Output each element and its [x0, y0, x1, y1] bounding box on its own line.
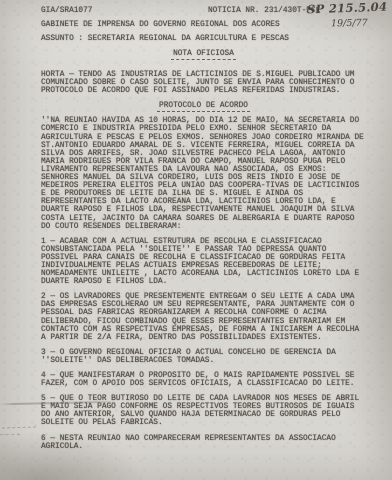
notice-number: NOTICIA NR. 231/430T-PCL	[208, 7, 320, 15]
handwritten-date: 19/5/77	[331, 18, 368, 30]
doc-reference-code: GIA/SRA1077	[41, 7, 92, 15]
doc-type-title-text: NOTA OFICIOSA	[171, 50, 236, 60]
clause-5-paragraph: 5 — QUE O TEOR BUTIROSO DO LEITE DE CADA…	[41, 395, 366, 427]
scanned-document-page: GIA/SRA1077 NOTICIA NR. 231/430T-PCL SP …	[0, 0, 392, 480]
doc-type-title: NOTA OFICIOSA	[41, 50, 366, 58]
department-line: GABINETE DE IMPRENSA DO GOVERNO REGIONAL…	[41, 21, 280, 29]
pencil-mark-dash	[0, 434, 20, 435]
intro-paragraph: HORTA — TENDO AS INDUSTRIAS DE LACTICINI…	[41, 71, 366, 95]
clause-4-paragraph: 4 — QUE MANIFESTARAM O PROPOSITO DE, O M…	[41, 372, 366, 388]
preamble-paragraph: ''NA REUNIAO HAVIDA AS 10 HORAS, DO DIA …	[41, 117, 366, 230]
clause-1-paragraph: 1 — ACABAR COM A ACTUAL ESTRUTURA DE REC…	[41, 238, 366, 287]
document-body: HORTA — TENDO AS INDUSTRIAS DE LACTICINI…	[41, 71, 366, 458]
handwritten-filing-code: SP 215.5.04	[306, 0, 387, 16]
pencil-mark-dashes	[2, 426, 36, 428]
subject-line: ASSUNTO : SECRETARIA REGIONAL DA AGRICUL…	[41, 35, 289, 43]
clause-6-paragraph: 6 — NESTA REUNIAO NAO COMPARECERAM REPRE…	[41, 435, 366, 451]
clause-3-paragraph: 3 — O GOVERNO REGIONAL OFICIAR O ACTUAL …	[41, 349, 366, 365]
protocol-title-text: PROTOCOLO DE ACORDO	[157, 102, 250, 112]
protocol-title: PROTOCOLO DE ACORDO	[157, 102, 250, 110]
clause-2-paragraph: 2 — OS LAVRADORES QUE PRESENTEMENTE ENTR…	[41, 293, 366, 342]
